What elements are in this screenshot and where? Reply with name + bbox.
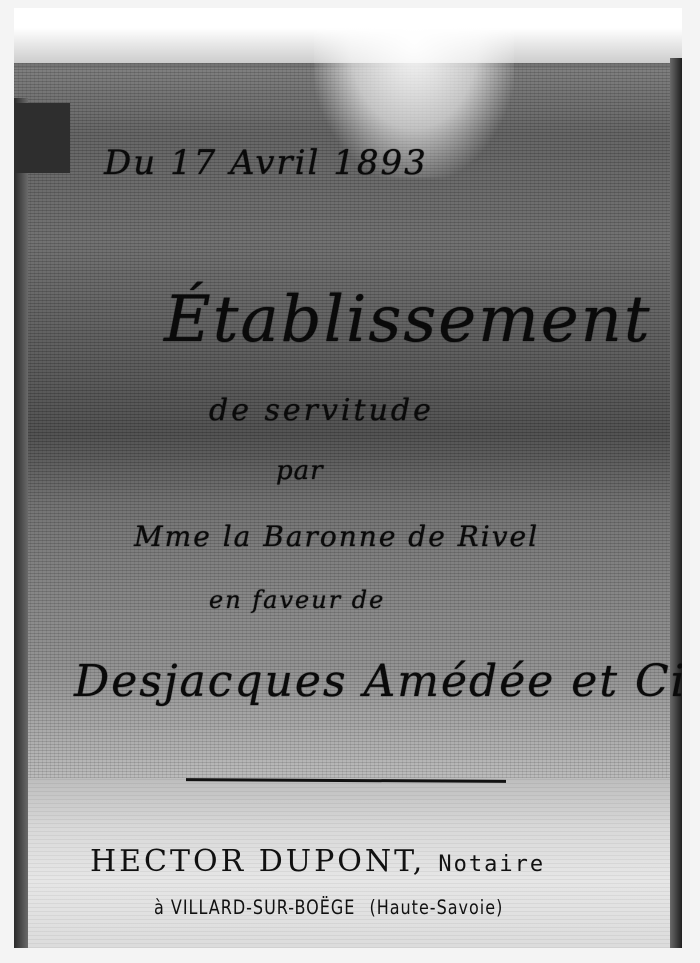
deed-subtitle: de servitude [209,393,434,428]
beneficiary-name: Desjacques Amédée et Cie [74,656,682,707]
grantor-name: Mme la Baronne de Rivel [134,520,539,553]
scan-dark-corner [14,103,70,173]
document-page: Du 17 Avril 1893 Établissement de servit… [14,8,682,948]
deed-title: Établissement [164,283,652,357]
notary-heading: HECTOR DUPONT, Notaire [90,844,545,879]
scan-edge-left [14,98,28,948]
scan-edge-right [670,58,682,948]
notary-name: HECTOR DUPONT, [90,844,425,879]
notary-address: à VILLARD-SUR-BOËGE (Haute-Savoie) [154,896,503,919]
by-word: par [276,456,324,486]
notary-region: (Haute-Savoie) [369,896,503,919]
in-favor-of: en faveur de [209,586,385,614]
deed-date: Du 17 Avril 1893 [104,143,428,183]
notary-title: Notaire [438,852,545,877]
notary-town: à VILLARD-SUR-BOËGE [154,896,355,919]
